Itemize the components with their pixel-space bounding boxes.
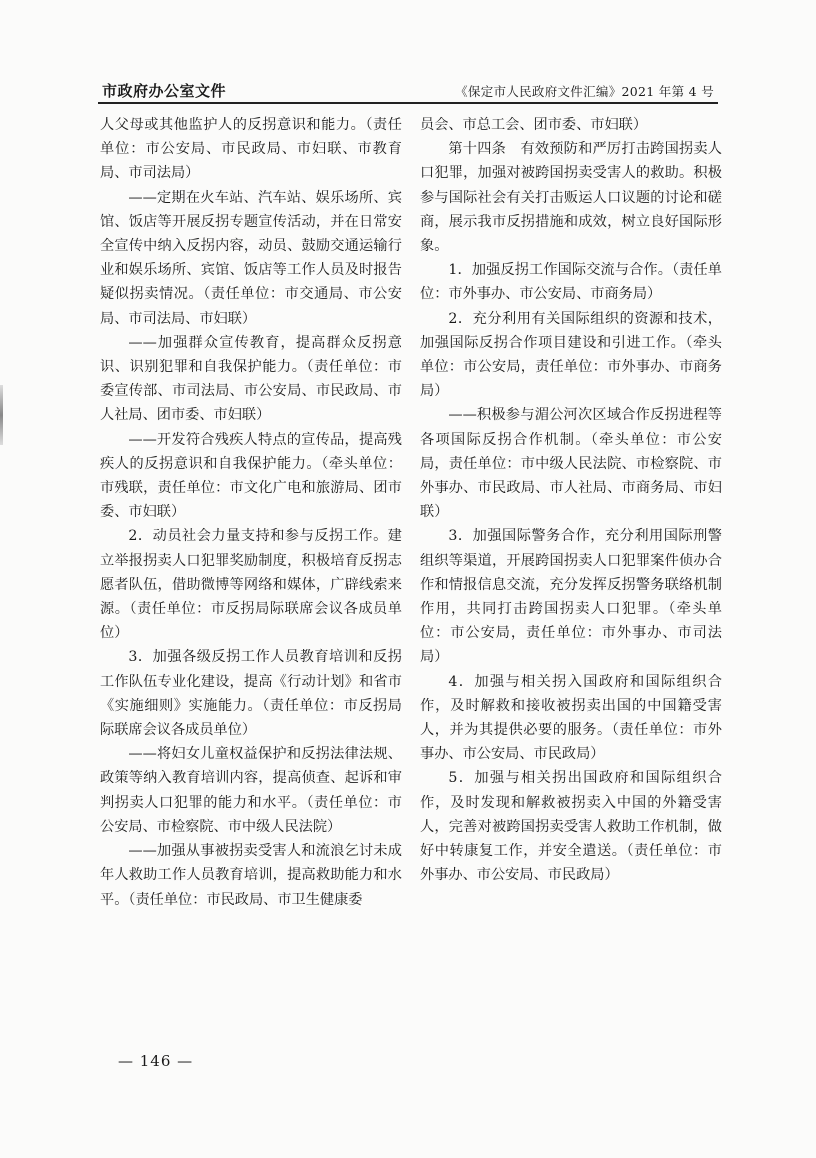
- paragraph: 5．加强与相关拐出国政府和国际组织合作，及时发现和解救被拐卖入中国的外籍受害人，…: [420, 766, 722, 887]
- paragraph: ——加强群众宣传教育，提高群众反拐意识、识别犯罪和自我保护能力。（责任单位：市委…: [100, 331, 402, 428]
- paragraph: ——积极参与湄公河次区域合作反拐进程等各项国际反拐合作机制。（牵头单位：市公安局…: [420, 403, 722, 524]
- paragraph: 1．加强反拐工作国际交流与合作。（责任单位：市外事办、市公安局、市商务局）: [420, 258, 722, 306]
- paragraph: ——开发符合残疾人特点的宣传品，提高残疾人的反拐意识和自我保护能力。（牵头单位：…: [100, 428, 402, 525]
- paragraph: 人父母或其他监护人的反拐意识和能力。（责任单位：市公安局、市民政局、市妇联、市教…: [100, 113, 402, 186]
- page-number: — 146 —: [118, 1052, 193, 1070]
- paragraph: ——将妇女儿童权益保护和反拐法律法规、政策等纳入教育培训内容，提高侦查、起诉和审…: [100, 742, 402, 839]
- paragraph: 2．充分利用有关国际组织的资源和技术，加强国际反拐合作项目建设和引进工作。（牵头…: [420, 307, 722, 404]
- paragraph: ——定期在火车站、汽车站、娱乐场所、宾馆、饭店等开展反拐专题宣传活动，并在日常安…: [100, 186, 402, 331]
- right-column: 员会、市总工会、团市委、市妇联） 第十四条 有效预防和严厉打击跨国拐卖人口犯罪，…: [420, 113, 722, 888]
- header-publication-title: 《保定市人民政府文件汇编》2021 年第 4 号: [455, 82, 714, 100]
- header-section-title: 市政府办公室文件: [102, 80, 226, 101]
- page-header: 市政府办公室文件 《保定市人民政府文件汇编》2021 年第 4 号: [98, 80, 718, 104]
- scan-edge-artifact: [0, 385, 3, 445]
- paragraph: 2．动员社会力量支持和参与反拐工作。建立举报拐卖人口犯罪奖励制度，积极培育反拐志…: [100, 524, 402, 645]
- paragraph: ——加强从事被拐卖受害人和流浪乞讨未成年人救助工作人员教育培训，提高救助能力和水…: [100, 839, 402, 912]
- article-heading-paragraph: 第十四条 有效预防和严厉打击跨国拐卖人口犯罪，加强对被跨国拐卖受害人的救助。积极…: [420, 137, 722, 258]
- paragraph: 3．加强各级反拐工作人员教育培训和反拐工作队伍专业化建设，提高《行动计划》和省市…: [100, 645, 402, 742]
- paragraph: 员会、市总工会、团市委、市妇联）: [420, 113, 722, 137]
- paragraph: 4．加强与相关拐入国政府和国际组织合作，及时解救和接收被拐卖出国的中国籍受害人，…: [420, 670, 722, 767]
- left-column: 人父母或其他监护人的反拐意识和能力。（责任单位：市公安局、市民政局、市妇联、市教…: [100, 113, 402, 912]
- paragraph: 3．加强国际警务合作，充分利用国际刑警组织等渠道，开展跨国拐卖人口犯罪案件侦办合…: [420, 524, 722, 669]
